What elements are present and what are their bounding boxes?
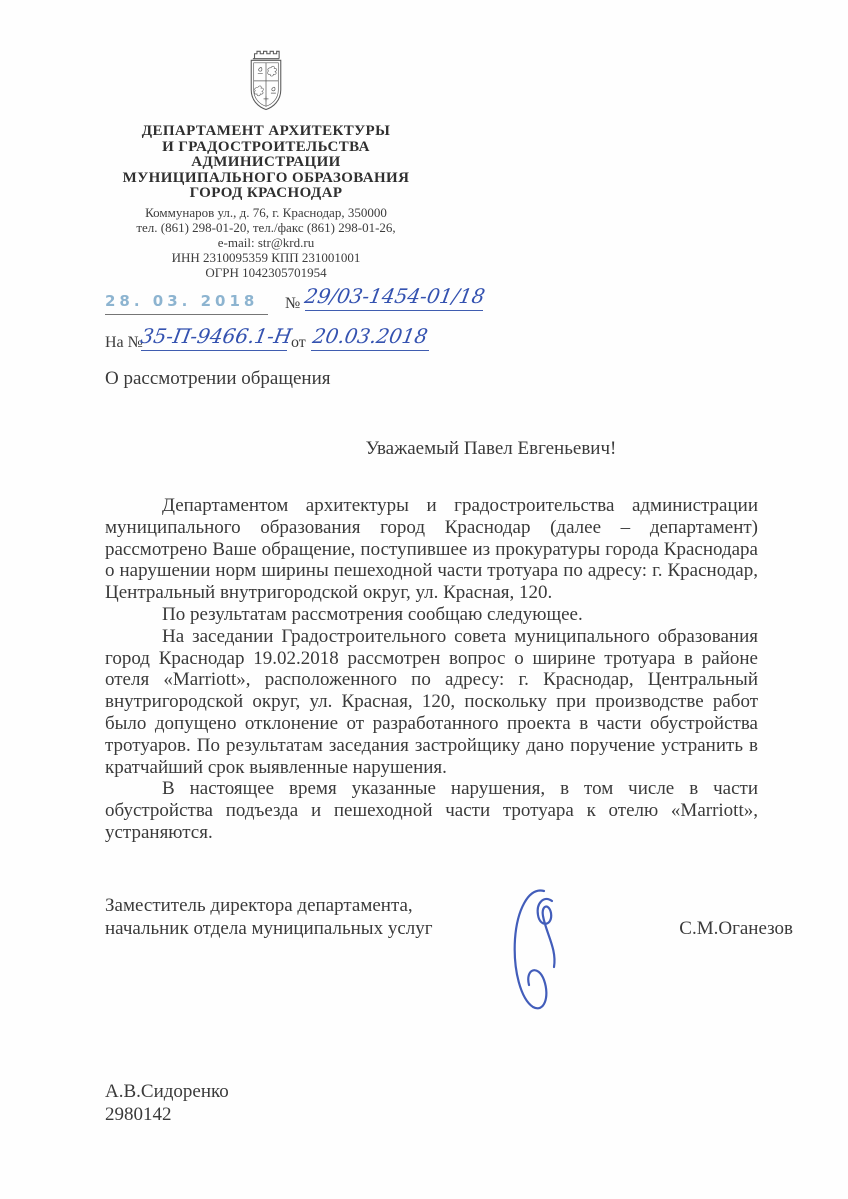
letterhead: ДЕПАРТАМЕНТ АРХИТЕКТУРЫ И ГРАДОСТРОИТЕЛЬ… bbox=[100, 48, 432, 280]
reply-date-field: 20.03.2018 bbox=[311, 324, 429, 351]
executor-name: А.В.Сидоренко bbox=[105, 1080, 229, 1103]
signer-name: С.М.Оганезов bbox=[679, 918, 793, 941]
body-paragraph: Департаментом архитектуры и градостроите… bbox=[105, 495, 758, 604]
reply-reference-row: На № 35-П-9466.1-Н от 20.03.2018 bbox=[105, 330, 505, 356]
scanned-letter-page: ДЕПАРТАМЕНТ АРХИТЕКТУРЫ И ГРАДОСТРОИТЕЛЬ… bbox=[0, 0, 848, 1199]
org-name-line: МУНИЦИПАЛЬНОГО ОБРАЗОВАНИЯ bbox=[100, 171, 432, 187]
ogrn-line: ОГРН 1042305701954 bbox=[100, 265, 432, 280]
letterhead-contacts: Коммунаров ул., д. 76, г. Краснодар, 350… bbox=[100, 205, 432, 280]
date-stamp: 28. 03. 2018 bbox=[105, 292, 268, 315]
body-paragraph: В настоящее время указанные нарушения, в… bbox=[105, 778, 758, 843]
handwritten-reply-number: 35-П-9466.1-Н bbox=[139, 324, 294, 348]
outgoing-number-field: 29/03-1454-01/18 bbox=[305, 284, 483, 311]
letter-body: Департаментом архитектуры и градостроите… bbox=[105, 495, 758, 844]
executor-block: А.В.Сидоренко 2980142 bbox=[105, 1080, 229, 1126]
reply-number-field: 35-П-9466.1-Н bbox=[141, 324, 287, 351]
outgoing-reference-row: 28. 03. 2018 № 29/03-1454-01/18 bbox=[105, 292, 505, 318]
coat-of-arms-icon bbox=[241, 48, 291, 112]
body-paragraph: На заседании Градостроительного совета м… bbox=[105, 626, 758, 779]
signature-block: Заместитель директора департамента, нача… bbox=[105, 895, 793, 940]
handwritten-signature-icon bbox=[500, 885, 590, 1020]
executor-phone: 2980142 bbox=[105, 1103, 229, 1126]
org-name-line: ГОРОД КРАСНОДАР bbox=[100, 186, 432, 202]
inn-kpp-line: ИНН 2310095359 КПП 231001001 bbox=[100, 250, 432, 265]
number-label: № bbox=[285, 295, 300, 313]
reply-label: На № bbox=[105, 334, 143, 352]
org-name-line: ДЕПАРТАМЕНТ АРХИТЕКТУРЫ bbox=[100, 124, 432, 140]
email-line: e-mail: str@krd.ru bbox=[100, 235, 432, 250]
salutation: Уважаемый Павел Евгеньевич! bbox=[105, 438, 757, 460]
handwritten-reply-date: 20.03.2018 bbox=[311, 324, 430, 348]
subject-line: О рассмотрении обращения bbox=[105, 368, 331, 390]
postal-address: Коммунаров ул., д. 76, г. Краснодар, 350… bbox=[100, 205, 432, 220]
phone-line: тел. (861) 298-01-20, тел./факс (861) 29… bbox=[100, 220, 432, 235]
body-paragraph: По результатам рассмотрения сообщаю след… bbox=[105, 604, 758, 626]
org-name-line: АДМИНИСТРАЦИИ bbox=[100, 155, 432, 171]
handwritten-outgoing-number: 29/03-1454-01/18 bbox=[303, 284, 487, 308]
reply-from-label: от bbox=[291, 334, 306, 352]
org-name-line: И ГРАДОСТРОИТЕЛЬСТВА bbox=[100, 140, 432, 156]
signer-position-line: Заместитель директора департамента, bbox=[105, 895, 793, 918]
